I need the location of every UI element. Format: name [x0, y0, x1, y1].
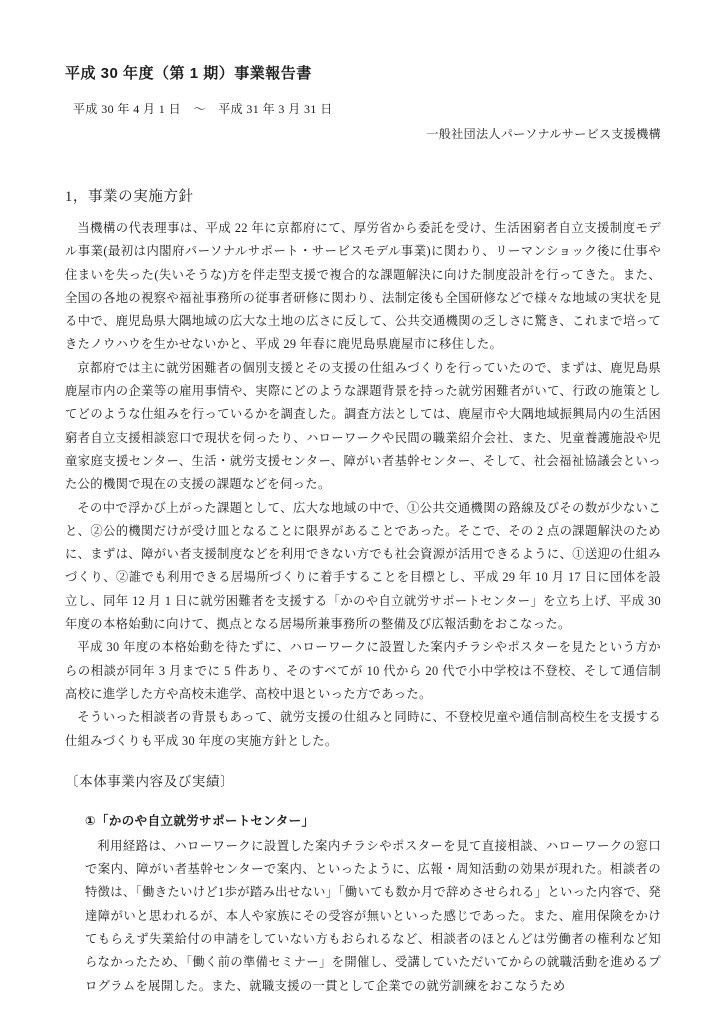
- subsection-body: 利用経路は、ハローワークに設置した案内チラシやポスターを見て直接相談、ハローワー…: [85, 835, 661, 998]
- paragraph: 利用経路は、ハローワークに設置した案内チラシやポスターを見て直接相談、ハローワー…: [85, 835, 661, 998]
- report-title: 平成 30 年度（第 1 期）事業報告書: [65, 64, 661, 84]
- section-heading-implementation-policy: 1，事業の実施方針: [65, 187, 661, 207]
- document-page: 平成 30 年度（第 1 期）事業報告書 平成 30 年 4 月 1 日 ～ 平…: [0, 0, 724, 1024]
- section-heading-business-content: 〔本体事業内容及び実績〕: [65, 772, 661, 792]
- paragraph: その中で浮かび上がった課題として、広大な地域の中で、①公共交通機関の路線及びその…: [65, 497, 661, 637]
- paragraph: そういった相談者の背景もあって、就労支援の仕組みと同時に、不登校児童や通信制高校…: [65, 706, 661, 753]
- organization-name: 一般社団法人パーソナルサービス支援機構: [65, 125, 661, 143]
- subsection-heading-support-center: ①「かのや自立就労サポートセンター」: [85, 812, 661, 830]
- report-period: 平成 30 年 4 月 1 日 ～ 平成 31 年 3 月 31 日: [65, 100, 661, 118]
- subsection-support-center: ①「かのや自立就労サポートセンター」 利用経路は、ハローワークに設置した案内チラ…: [85, 812, 661, 998]
- paragraph: 平成 30 年度の本格始動を待たずに、ハローワークに設置した案内チラシやポスター…: [65, 636, 661, 706]
- policy-section-body: 当機構の代表理事は、平成 22 年に京都府にて、厚労省から委託を受け、生活困窮者…: [65, 217, 661, 753]
- paragraph: 当機構の代表理事は、平成 22 年に京都府にて、厚労省から委託を受け、生活困窮者…: [65, 217, 661, 357]
- paragraph: 京都府では主に就労困難者の個別支援とその支援の仕組みづくりを行っていたので、まず…: [65, 357, 661, 497]
